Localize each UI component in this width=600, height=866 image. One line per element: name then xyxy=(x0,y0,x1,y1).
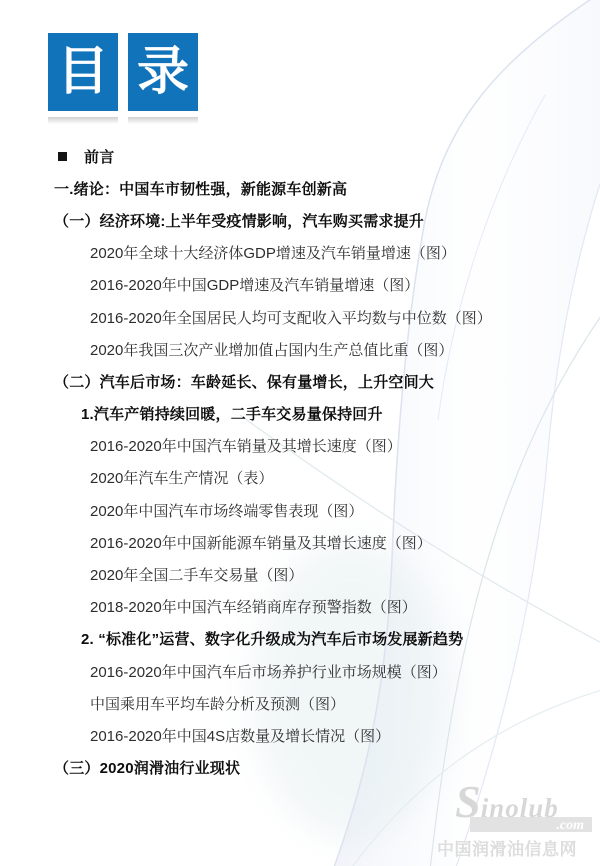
watermark-domain: .com xyxy=(556,818,592,833)
toc-item: 一.绪论：中国车市韧性强，新能源车创新高 xyxy=(0,172,600,204)
toc-item: 2020年全球十大经济体GDP增速及汽车销量增速（图） xyxy=(0,237,600,269)
toc-item-label: 2018-2020年中国汽车经销商库存预警指数（图） xyxy=(90,596,417,617)
title-char-block: 目 xyxy=(48,33,118,124)
toc-item-label: 前言 xyxy=(84,146,114,167)
title-reflection xyxy=(48,117,118,124)
toc-item: 2020年全国二手车交易量（图） xyxy=(0,558,600,590)
title-char: 目 xyxy=(57,46,109,98)
toc-item: 2020年汽车生产情况（表） xyxy=(0,462,600,494)
toc-item: 2020年中国汽车市场终端零售表现（图） xyxy=(0,494,600,526)
toc-item: （三）2020润滑油行业现状 xyxy=(0,752,600,784)
toc-item-label: 2. “标准化”运营、数字化升级成为汽车后市场发展新趋势 xyxy=(81,628,463,649)
toc-item: （二）汽车后市场：车龄延长、保有量增长，上升空间大 xyxy=(0,365,600,397)
toc-item: 2020年我国三次产业增加值占国内生产总值比重（图） xyxy=(0,333,600,365)
toc-item-label: 2016-2020年中国汽车销量及其增长速度（图） xyxy=(90,435,402,456)
toc-item-label: 2020年全国二手车交易量（图） xyxy=(90,564,303,585)
toc-item: 中国乘用车平均车龄分析及预测（图） xyxy=(0,687,600,719)
toc-item-label: 中国乘用车平均车龄分析及预测（图） xyxy=(90,693,345,714)
title-char-box: 录 xyxy=(128,33,198,111)
toc-item-label: （三）2020润滑油行业现状 xyxy=(54,757,240,778)
toc-item: 2016-2020年中国汽车后市场养护行业市场规模（图） xyxy=(0,655,600,687)
toc-item-label: 2016-2020年中国4S店数量及增长情况（图） xyxy=(90,725,390,746)
toc-item-label: 1.汽车产销持续回暖，二手车交易量保持回升 xyxy=(81,403,383,424)
toc-item: 2016-2020年中国GDP增速及汽车销量增速（图） xyxy=(0,269,600,301)
square-bullet-icon xyxy=(58,152,67,161)
toc-item-label: （一）经济环境:上半年受疫情影响，汽车购买需求提升 xyxy=(54,210,424,231)
title-reflection xyxy=(128,117,198,124)
toc-item: 2016-2020年中国汽车销量及其增长速度（图） xyxy=(0,430,600,462)
watermark-name: inolub xyxy=(481,793,559,824)
toc-item: 2016-2020年全国居民人均可支配收入平均数与中位数（图） xyxy=(0,301,600,333)
sinolub-watermark: Sinolub .com 中国润滑油信息网 xyxy=(418,784,596,860)
toc-item-label: 2020年我国三次产业增加值占国内生产总值比重（图） xyxy=(90,339,453,360)
watermark-caption: 中国润滑油信息网 xyxy=(418,835,596,860)
title-char: 录 xyxy=(137,46,189,98)
toc-item-label: 2016-2020年中国汽车后市场养护行业市场规模（图） xyxy=(90,661,447,682)
toc-item-label: 2020年中国汽车市场终端零售表现（图） xyxy=(90,500,363,521)
toc-item: 2018-2020年中国汽车经销商库存预警指数（图） xyxy=(0,591,600,623)
toc-item: 1.汽车产销持续回暖，二手车交易量保持回升 xyxy=(0,398,600,430)
toc-item-label: 一.绪论：中国车市韧性强，新能源车创新高 xyxy=(54,178,347,199)
toc-item-label: （二）汽车后市场：车龄延长、保有量增长，上升空间大 xyxy=(54,371,434,392)
toc-item-label: 2020年全球十大经济体GDP增速及汽车销量增速（图） xyxy=(90,242,456,263)
toc-list: 前言 一.绪论：中国车市韧性强，新能源车创新高 （一）经济环境:上半年受疫情影响… xyxy=(0,140,600,784)
page-title: 目 录 xyxy=(48,33,198,124)
title-char-block: 录 xyxy=(128,33,198,124)
toc-item: 2016-2020年中国新能源车销量及其增长速度（图） xyxy=(0,526,600,558)
toc-item-label: 2016-2020年中国GDP增速及汽车销量增速（图） xyxy=(90,274,419,295)
toc-page: Sinolub .com 中国润滑油信息网 目 录 前言 一.绪论：中国车市韧性… xyxy=(0,0,600,866)
toc-item: 2016-2020年中国4S店数量及增长情况（图） xyxy=(0,719,600,751)
toc-item: 2. “标准化”运营、数字化升级成为汽车后市场发展新趋势 xyxy=(0,623,600,655)
toc-item-label: 2016-2020年中国新能源车销量及其增长速度（图） xyxy=(90,532,432,553)
toc-item-label: 2020年汽车生产情况（表） xyxy=(90,467,273,488)
toc-item-label: 2016-2020年全国居民人均可支配收入平均数与中位数（图） xyxy=(90,307,492,328)
watermark-initial: S xyxy=(455,784,481,820)
toc-item-preface: 前言 xyxy=(0,140,600,172)
title-char-box: 目 xyxy=(48,33,118,111)
toc-item: （一）经济环境:上半年受疫情影响，汽车购买需求提升 xyxy=(0,204,600,236)
